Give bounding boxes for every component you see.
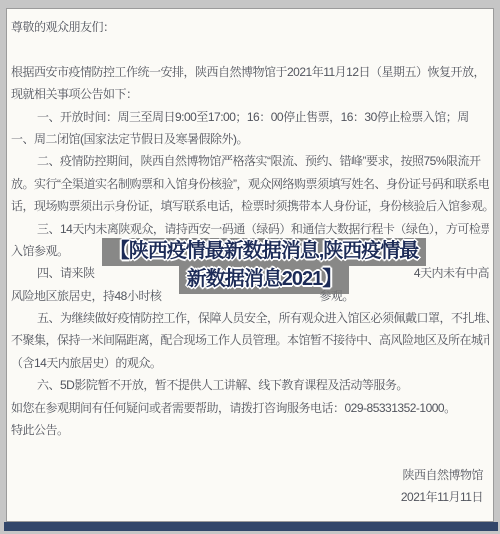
doc-line: 根据西安市疫情防控工作统一安排，陕西自然博物馆于2021年11月12日（星期五）… xyxy=(11,61,489,83)
caption-line-2: 新数据消息2021】 xyxy=(179,266,350,294)
caption-line-1: 【陕西疫情最新数据消息,陕西疫情最 xyxy=(102,238,427,266)
caption-overlay: 【陕西疫情最新数据消息,陕西疫情最 新数据消息2021】 xyxy=(28,238,500,294)
doc-line-blank xyxy=(11,441,489,463)
doc-line-item5: 五、为继续做好疫情防控工作，保障人员安全，所有观众进入馆区必须佩戴口罩，不扎堆、 xyxy=(11,307,489,329)
doc-line-blank xyxy=(11,38,489,60)
doc-line-hotline: 如您在参观期间有任何疑问或者需要帮助，请拨打咨询服务电话：029-8533135… xyxy=(11,397,489,419)
doc-line: 话，现场购票须出示身份证，填写联系电话，检票时须携带本人身份证，身份核验后入馆参… xyxy=(11,195,489,217)
doc-line-item1: 一、开放时间：周三至周日9:00至17:00；16：00停止售票，16：30停止… xyxy=(11,106,489,128)
document-footer-bar xyxy=(4,522,498,531)
doc-line-greeting: 尊敬的观众朋友们： xyxy=(11,16,489,38)
doc-line: （含14天内旅居史）的观众。 xyxy=(11,352,489,374)
doc-line-item3: 三、14天内未离陕观众，请持西安一码通（绿码）和通信大数据行程卡（绿色），方可检… xyxy=(11,218,489,240)
doc-line-closing: 特此公告。 xyxy=(11,419,489,441)
doc-line: 不聚集，保持一米间隔距离，配合现场工作人员管理。本馆暂不接待中、高风险地区及所在… xyxy=(11,329,489,351)
signature-date: 2021年11月11日 xyxy=(11,486,489,508)
doc-line: 放。实行“全渠道实名制购票和入馆身份核验”，观众网络购票须填写姓名、身份证号码和… xyxy=(11,173,489,195)
doc-line: 现就相关事项公告如下： xyxy=(11,83,489,105)
doc-line: 一、周二闭馆(国家法定节假日及寒暑假除外)。 xyxy=(11,128,489,150)
signature: 陕西自然博物馆 xyxy=(11,464,489,486)
doc-line-item6: 六、5D影院暂不开放，暂不提供人工讲解、线下教育课程及活动等服务。 xyxy=(11,374,489,396)
doc-line-item2: 二、疫情防控期间，陕西自然博物馆严格落实“限流、预约、错峰”要求，按照75%限流… xyxy=(11,150,489,172)
